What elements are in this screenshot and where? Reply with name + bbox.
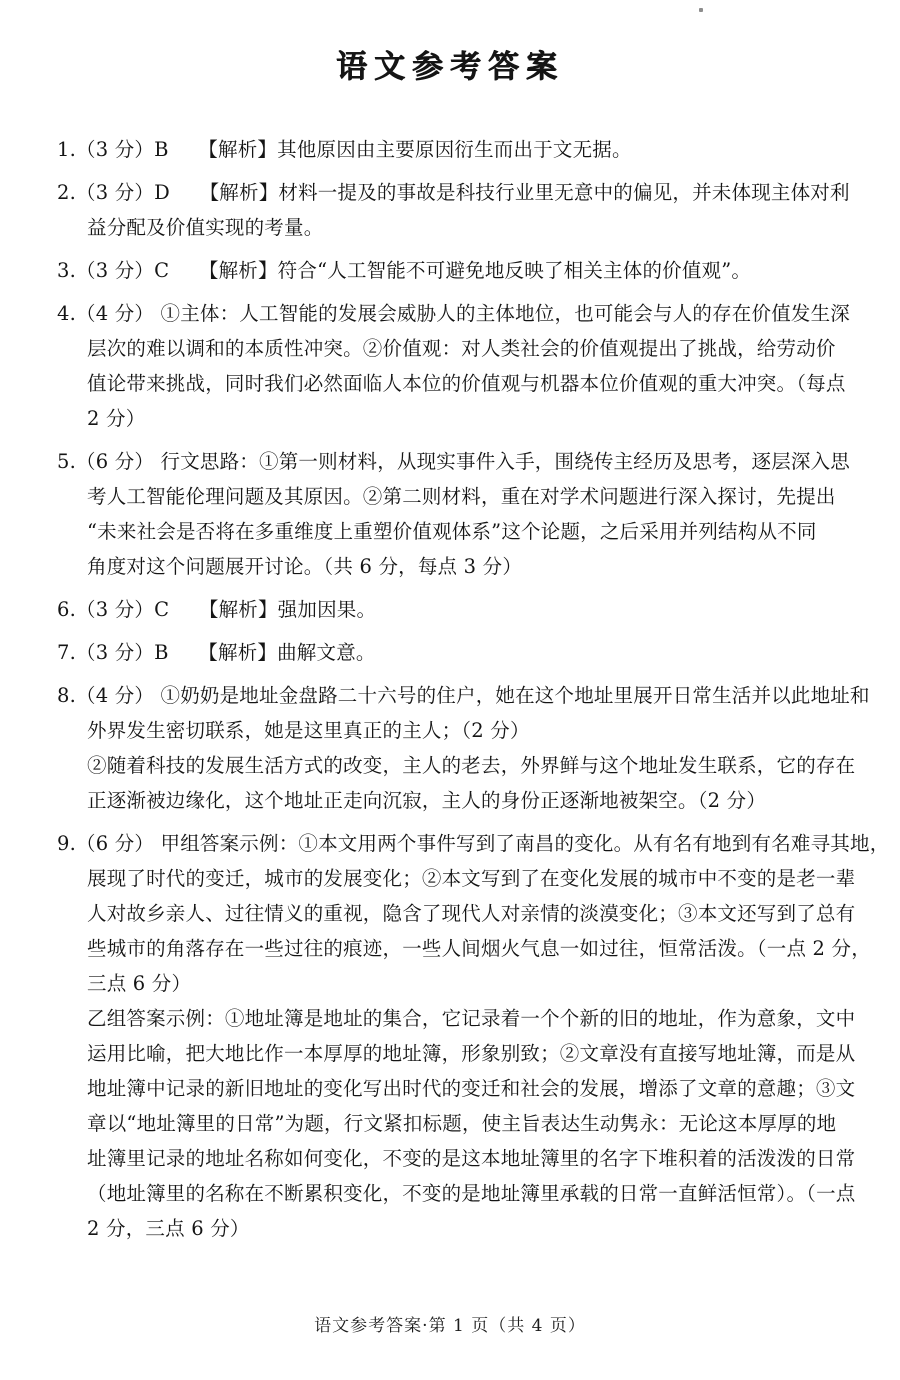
answer-item-q7: 7.（3 分）B 【解析】曲解文意。 — [57, 635, 880, 670]
answer-line: 3.（3 分）C 【解析】符合“人工智能不可避免地反映了相关主体的价值观”。 — [57, 253, 880, 288]
answer-line: 人对故乡亲人、过往情义的重视，隐含了现代人对亲情的淡漠变化；③本文还写到了总有 — [57, 896, 880, 931]
answer-line: 8.（4 分） ①奶奶是地址金盘路二十六号的住户，她在这个地址里展开日常生活并以… — [57, 678, 880, 713]
answer-line: 值论带来挑战，同时我们必然面临人本位的价值观与机器本位价值观的重大冲突。（每点 — [57, 366, 880, 401]
answer-line: ②随着科技的发展生活方式的改变，主人的老去，外界鲜与这个地址发生联系，它的存在 — [57, 748, 880, 783]
answer-line: 三点 6 分） — [57, 966, 880, 1001]
answer-line: 5.（6 分） 行文思路：①第一则材料，从现实事件入手，围绕传主经历及思考，逐层… — [57, 444, 880, 479]
scan-artifact-dot — [699, 8, 703, 12]
answer-line: 1.（3 分）B 【解析】其他原因由主要原因衍生而出于文无据。 — [57, 132, 880, 167]
answer-line: 运用比喻，把大地比作一本厚厚的地址簿，形象别致；②文章没有直接写地址簿，而是从 — [57, 1036, 880, 1071]
answer-line: 乙组答案示例：①地址簿是地址的集合，它记录着一个个新的旧的地址，作为意象，文中 — [57, 1001, 880, 1036]
answer-line: “未来社会是否将在多重维度上重塑价值观体系”这个论题，之后采用并列结构从不同 — [57, 514, 880, 549]
answer-item-q2: 2.（3 分）D 【解析】材料一提及的事故是科技行业里无意中的偏见，并未体现主体… — [57, 175, 880, 245]
answer-item-q5: 5.（6 分） 行文思路：①第一则材料，从现实事件入手，围绕传主经历及思考，逐层… — [57, 444, 880, 584]
answer-line: 2 分，三点 6 分） — [57, 1211, 880, 1246]
page-title: 语文参考答案 — [0, 41, 900, 86]
answer-line: 4.（4 分） ①主体：人工智能的发展会威胁人的主体地位，也可能会与人的存在价值… — [57, 296, 880, 331]
answer-line: 些城市的角落存在一些过往的痕迹，一些人间烟火气息一如过往，恒常活泼。（一点 2 … — [57, 931, 880, 966]
answer-line: （地址簿里的名称在不断累积变化，不变的是地址簿里承载的日常一直鲜活恒常）。（一点 — [57, 1176, 880, 1211]
answer-line: 章以“地址簿里的日常”为题，行文紧扣标题，使主旨表达生动隽永：无论这本厚厚的地 — [57, 1106, 880, 1141]
answer-line: 9.（6 分） 甲组答案示例：①本文用两个事件写到了南昌的变化。从有名有地到有名… — [57, 826, 880, 861]
answer-line: 益分配及价值实现的考量。 — [57, 210, 880, 245]
page-footer: 语文参考答案·第 1 页（共 4 页） — [0, 1311, 900, 1336]
answers-content: 1.（3 分）B 【解析】其他原因由主要原因衍生而出于文无据。 2.（3 分）D… — [0, 132, 900, 1246]
answer-line: 2.（3 分）D 【解析】材料一提及的事故是科技行业里无意中的偏见，并未体现主体… — [57, 175, 880, 210]
answer-line: 层次的难以调和的本质性冲突。②价值观：对人类社会的价值观提出了挑战，给劳动价 — [57, 331, 880, 366]
answer-item-q4: 4.（4 分） ①主体：人工智能的发展会威胁人的主体地位，也可能会与人的存在价值… — [57, 296, 880, 436]
answer-line: 外界发生密切联系，她是这里真正的主人；（2 分） — [57, 713, 880, 748]
answer-line: 7.（3 分）B 【解析】曲解文意。 — [57, 635, 880, 670]
answer-line: 6.（3 分）C 【解析】强加因果。 — [57, 592, 880, 627]
answer-item-q8: 8.（4 分） ①奶奶是地址金盘路二十六号的住户，她在这个地址里展开日常生活并以… — [57, 678, 880, 818]
answer-item-q9: 9.（6 分） 甲组答案示例：①本文用两个事件写到了南昌的变化。从有名有地到有名… — [57, 826, 880, 1246]
answer-line: 2 分） — [57, 401, 880, 436]
answer-line: 正逐渐被边缘化，这个地址正走向沉寂，主人的身份正逐渐地被架空。（2 分） — [57, 783, 880, 818]
answer-item-q6: 6.（3 分）C 【解析】强加因果。 — [57, 592, 880, 627]
answer-line: 地址簿中记录的新旧地址的变化写出时代的变迁和社会的发展，增添了文章的意趣；③文 — [57, 1071, 880, 1106]
answer-line: 址簿里记录的地址名称如何变化，不变的是这本地址簿里的名字下堆积着的活泼泼的日常 — [57, 1141, 880, 1176]
answer-item-q1: 1.（3 分）B 【解析】其他原因由主要原因衍生而出于文无据。 — [57, 132, 880, 167]
answer-line: 角度对这个问题展开讨论。（共 6 分，每点 3 分） — [57, 549, 880, 584]
answer-item-q3: 3.（3 分）C 【解析】符合“人工智能不可避免地反映了相关主体的价值观”。 — [57, 253, 880, 288]
answer-line: 考人工智能伦理问题及其原因。②第二则材料，重在对学术问题进行深入探讨，先提出 — [57, 479, 880, 514]
answer-sheet-page: 语文参考答案 1.（3 分）B 【解析】其他原因由主要原因衍生而出于文无据。 2… — [0, 0, 900, 1380]
answer-line: 展现了时代的变迁，城市的发展变化；②本文写到了在变化发展的城市中不变的是老一辈 — [57, 861, 880, 896]
